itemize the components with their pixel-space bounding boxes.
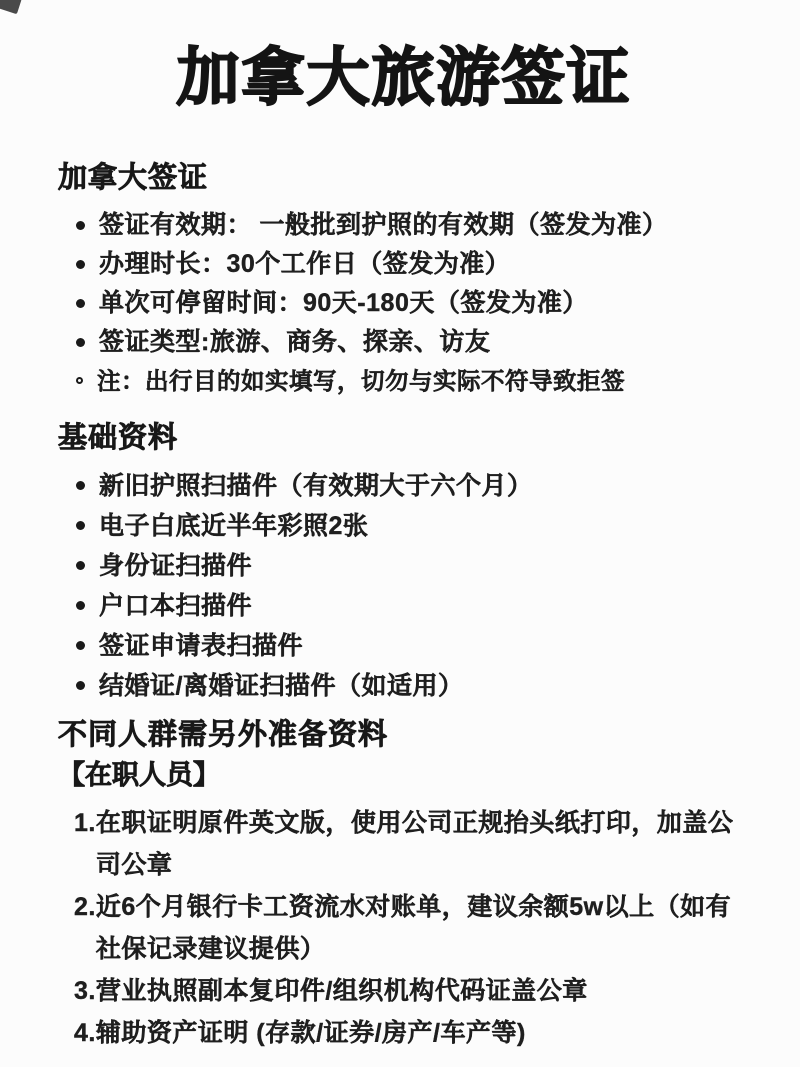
- bullet-dot-icon: [76, 221, 85, 230]
- bullet-text: 单次可停留时间：90天-180天（签发为准）: [99, 284, 588, 323]
- bullet-dot-icon: [76, 260, 85, 269]
- item-text: 辅助资产证明 (存款/证券/房产/车产等): [96, 1012, 750, 1054]
- item-number: 4.: [74, 1012, 96, 1054]
- bullet-item: 电子白底近半年彩照2张: [76, 506, 750, 546]
- bullet-dot-icon: [76, 641, 85, 650]
- bullet-item: 签证有效期： 一般批到护照的有效期（签发为准）: [76, 206, 750, 245]
- bullet-text: 身份证扫描件: [99, 546, 252, 586]
- bullet-text: 办理时长：30个工作日（签发为准）: [99, 245, 510, 284]
- bullet-dot-icon: [76, 521, 85, 530]
- item-text: 近6个月银行卡工资流水对账单，建议余额5w以上（如有社保记录建议提供）: [96, 886, 750, 970]
- bullet-item: 结婚证/离婚证扫描件（如适用）: [76, 666, 750, 706]
- numbered-item: 1. 在职证明原件英文版，使用公司正规抬头纸打印，加盖公司公章: [74, 802, 750, 886]
- bullet-item: 户口本扫描件: [76, 586, 750, 626]
- item-number: 2.: [74, 886, 96, 928]
- numbered-list-employed: 1. 在职证明原件英文版，使用公司正规抬头纸打印，加盖公司公章 2. 近6个月银…: [58, 802, 750, 1054]
- item-number: 3.: [74, 970, 96, 1012]
- bullet-hollow-circle-icon: [76, 377, 83, 384]
- section-heading-basic-documents: 基础资料: [58, 421, 750, 456]
- bullet-dot-icon: [76, 681, 85, 690]
- bullet-dot-icon: [76, 338, 85, 347]
- bullet-item: 签证申请表扫描件: [76, 626, 750, 666]
- bullet-item: 单次可停留时间：90天-180天（签发为准）: [76, 284, 750, 323]
- bullet-list-basic-documents: 新旧护照扫描件（有效期大于六个月） 电子白底近半年彩照2张 身份证扫描件 户口本…: [58, 466, 750, 706]
- page-title: 加拿大旅游签证: [58, 36, 750, 121]
- bullet-dot-icon: [76, 481, 85, 490]
- bullet-text: 签证有效期： 一般批到护照的有效期（签发为准）: [99, 206, 667, 245]
- bullet-item-note: 注：出行目的如实填写，切勿与实际不符导致拒签: [76, 362, 750, 401]
- section-heading-canada-visa: 加拿大签证: [58, 161, 750, 196]
- bullet-dot-icon: [76, 601, 85, 610]
- document-page: 加拿大旅游签证 加拿大签证 签证有效期： 一般批到护照的有效期（签发为准） 办理…: [0, 0, 800, 1067]
- numbered-item: 2. 近6个月银行卡工资流水对账单，建议余额5w以上（如有社保记录建议提供）: [74, 886, 750, 970]
- bullet-text: 签证类型:旅游、商务、探亲、访友: [99, 323, 490, 362]
- bullet-item: 新旧护照扫描件（有效期大于六个月）: [76, 466, 750, 506]
- bullet-text: 户口本扫描件: [99, 586, 252, 626]
- numbered-item: 3. 营业执照副本复印件/组织机构代码证盖公章: [74, 970, 750, 1012]
- bullet-text: 注：出行目的如实填写，切勿与实际不符导致拒签: [97, 362, 625, 401]
- item-number: 1.: [74, 802, 96, 844]
- bullet-dot-icon: [76, 299, 85, 308]
- item-text: 营业执照副本复印件/组织机构代码证盖公章: [96, 970, 750, 1012]
- bullet-item: 签证类型:旅游、商务、探亲、访友: [76, 323, 750, 362]
- document-content: 加拿大旅游签证 加拿大签证 签证有效期： 一般批到护照的有效期（签发为准） 办理…: [0, 0, 800, 1054]
- subheading-employed-persons: 【在职人员】: [58, 756, 750, 795]
- bullet-item: 办理时长：30个工作日（签发为准）: [76, 245, 750, 284]
- bullet-list-canada-visa: 签证有效期： 一般批到护照的有效期（签发为准） 办理时长：30个工作日（签发为准…: [58, 206, 750, 401]
- bullet-text: 结婚证/离婚证扫描件（如适用）: [99, 666, 463, 706]
- bullet-text: 签证申请表扫描件: [99, 626, 303, 666]
- numbered-item: 4. 辅助资产证明 (存款/证券/房产/车产等): [74, 1012, 750, 1054]
- bullet-item: 身份证扫描件: [76, 546, 750, 586]
- item-text: 在职证明原件英文版，使用公司正规抬头纸打印，加盖公司公章: [96, 802, 750, 886]
- section-heading-extra-documents: 不同人群需另外准备资料: [58, 718, 750, 753]
- bullet-text: 新旧护照扫描件（有效期大于六个月）: [99, 466, 533, 506]
- bullet-dot-icon: [76, 561, 85, 570]
- bullet-text: 电子白底近半年彩照2张: [99, 506, 368, 546]
